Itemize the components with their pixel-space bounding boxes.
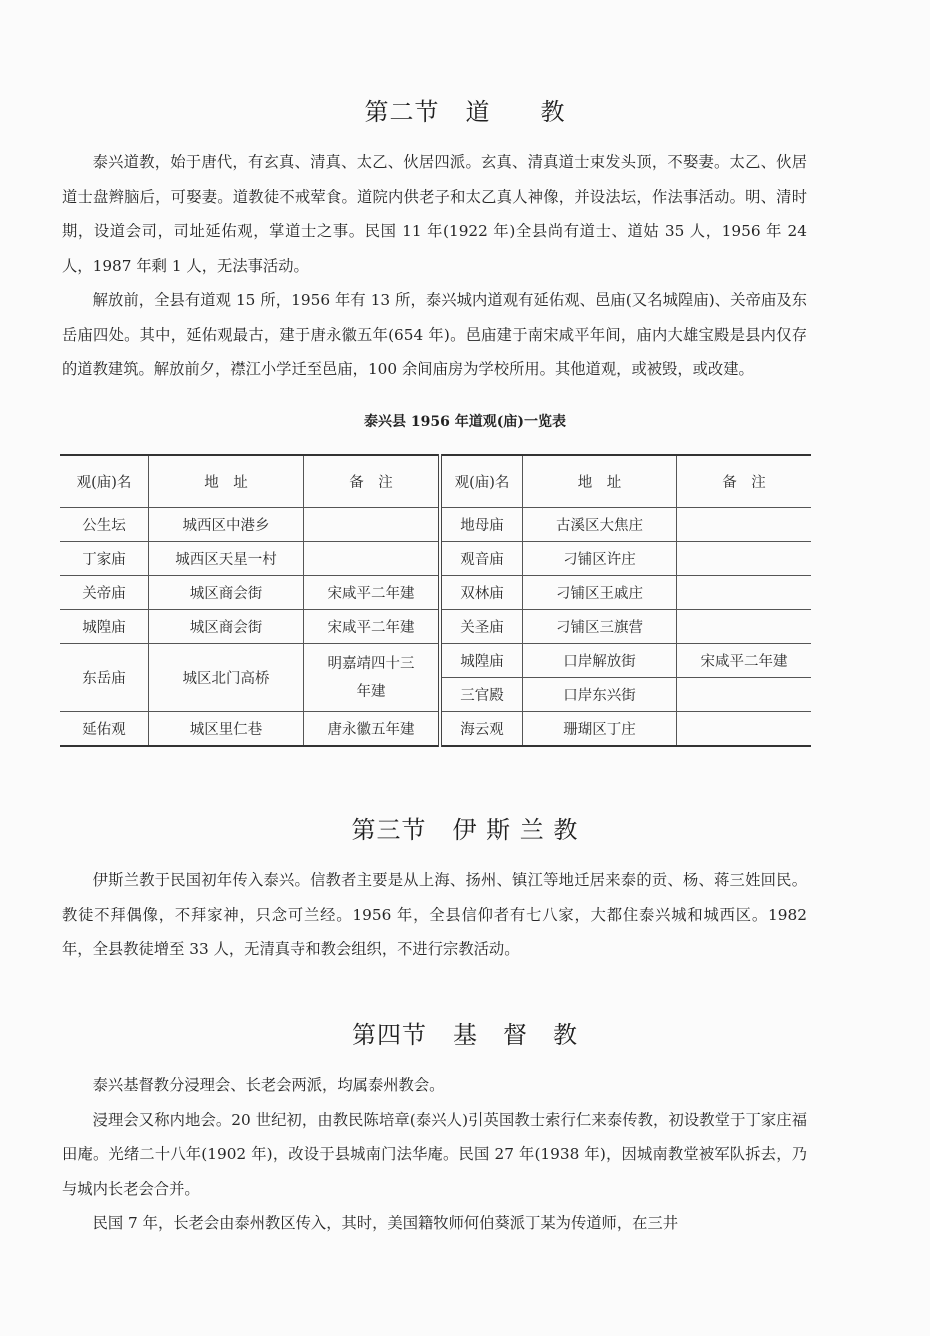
- cell-address: 城区商会街: [149, 610, 304, 644]
- cell-address: 城西区中港乡: [149, 508, 304, 542]
- table-header-row: 观(庙)名 地 址 备 注 观(庙)名 地 址 备 注: [60, 455, 811, 508]
- table-row: 公生坛 城西区中港乡 地母庙 古溪区大焦庄: [60, 508, 811, 542]
- paragraph: 伊斯兰教于民国初年传入泰兴。信教者主要是从上海、扬州、镇江等地迁居来泰的贡、杨、…: [62, 863, 807, 967]
- cell-name: 关帝庙: [60, 576, 149, 610]
- cell-note: 宋咸平二年建: [304, 576, 441, 610]
- cell-name: 延佑观: [60, 712, 149, 747]
- table-row: 东岳庙 城区北门高桥 明嘉靖四十三年建 城隍庙 口岸解放街 宋咸平二年建: [60, 644, 811, 678]
- section-title: 伊 斯 兰 教: [453, 816, 579, 844]
- table-row: 延佑观 城区里仁巷 唐永徽五年建 海云观 珊瑚区丁庄: [60, 712, 811, 747]
- cell-note: [304, 542, 441, 576]
- temples-table: 观(庙)名 地 址 备 注 观(庙)名 地 址 备 注 公生坛 城西区中港乡 地…: [60, 454, 811, 747]
- cell-note: [677, 576, 812, 610]
- cell-name: 海云观: [440, 712, 523, 747]
- section-4-body: 泰兴基督教分浸理会、长老会两派，均属泰州教会。 浸理会又称内地会。20 世纪初，…: [62, 1068, 807, 1241]
- cell-note: [677, 678, 812, 712]
- cell-name: 关圣庙: [440, 610, 523, 644]
- table-caption: 泰兴县 1956 年道观(庙)一览表: [0, 411, 930, 431]
- cell-address: 珊瑚区丁庄: [523, 712, 677, 747]
- cell-note: [677, 610, 812, 644]
- cell-address: 口岸解放街: [523, 644, 677, 678]
- header-name: 观(庙)名: [60, 455, 149, 508]
- cell-note: 明嘉靖四十三年建: [304, 644, 441, 712]
- table-row: 丁家庙 城西区天星一村 观音庙 刁铺区许庄: [60, 542, 811, 576]
- cell-address: 城区商会街: [149, 576, 304, 610]
- cell-name: 地母庙: [440, 508, 523, 542]
- section-2-body: 泰兴道教，始于唐代，有玄真、清真、太乙、伙居四派。玄真、清真道士束发头顶，不娶妻…: [62, 145, 807, 387]
- header-address: 地 址: [149, 455, 304, 508]
- cell-note: [677, 712, 812, 747]
- cell-name: 丁家庙: [60, 542, 149, 576]
- cell-name: 公生坛: [60, 508, 149, 542]
- table-row: 城隍庙 城区商会街 宋咸平二年建 关圣庙 刁铺区三旗营: [60, 610, 811, 644]
- section-4-heading: 第四节基 督 教: [0, 1015, 930, 1050]
- section-2-heading: 第二节道 教: [0, 92, 930, 127]
- cell-note: [677, 508, 812, 542]
- cell-name: 东岳庙: [60, 644, 149, 712]
- table-row: 关帝庙 城区商会街 宋咸平二年建 双林庙 刁铺区王戚庄: [60, 576, 811, 610]
- cell-address: 城区北门高桥: [149, 644, 304, 712]
- paragraph: 解放前，全县有道观 15 所，1956 年有 13 所，泰兴城内道观有延佑观、邑…: [62, 283, 807, 387]
- cell-address: 城区里仁巷: [149, 712, 304, 747]
- header-name: 观(庙)名: [440, 455, 523, 508]
- section-3-heading: 第三节伊 斯 兰 教: [0, 810, 930, 845]
- cell-name: 双林庙: [440, 576, 523, 610]
- cell-address: 刁铺区王戚庄: [523, 576, 677, 610]
- paragraph: 泰兴基督教分浸理会、长老会两派，均属泰州教会。: [62, 1068, 807, 1103]
- section-3-body: 伊斯兰教于民国初年传入泰兴。信教者主要是从上海、扬州、镇江等地迁居来泰的贡、杨、…: [62, 863, 807, 967]
- cell-note: 宋咸平二年建: [304, 610, 441, 644]
- cell-note: [304, 508, 441, 542]
- section-number: 第三节: [352, 816, 427, 844]
- cell-note: 宋咸平二年建: [677, 644, 812, 678]
- cell-note: [677, 542, 812, 576]
- cell-address: 古溪区大焦庄: [523, 508, 677, 542]
- cell-address: 口岸东兴街: [523, 678, 677, 712]
- section-title: 道 教: [466, 98, 566, 126]
- section-title: 基 督 教: [453, 1021, 578, 1049]
- paragraph: 民国 7 年，长老会由泰州教区传入，其时，美国籍牧师何伯葵派丁某为传道师，在三井: [62, 1206, 807, 1241]
- section-number: 第二节: [365, 98, 440, 126]
- cell-address: 刁铺区许庄: [523, 542, 677, 576]
- cell-name: 观音庙: [440, 542, 523, 576]
- header-note: 备 注: [677, 455, 812, 508]
- paragraph: 泰兴道教，始于唐代，有玄真、清真、太乙、伙居四派。玄真、清真道士束发头顶，不娶妻…: [62, 145, 807, 283]
- cell-note: 唐永徽五年建: [304, 712, 441, 747]
- cell-name: 城隍庙: [440, 644, 523, 678]
- header-note: 备 注: [304, 455, 441, 508]
- cell-address: 城西区天星一村: [149, 542, 304, 576]
- cell-name: 城隍庙: [60, 610, 149, 644]
- section-number: 第四节: [352, 1021, 427, 1049]
- cell-address: 刁铺区三旗营: [523, 610, 677, 644]
- cell-name: 三官殿: [440, 678, 523, 712]
- header-address: 地 址: [523, 455, 677, 508]
- paragraph: 浸理会又称内地会。20 世纪初，由教民陈培章(泰兴人)引英国教士索行仁来泰传教，…: [62, 1103, 807, 1207]
